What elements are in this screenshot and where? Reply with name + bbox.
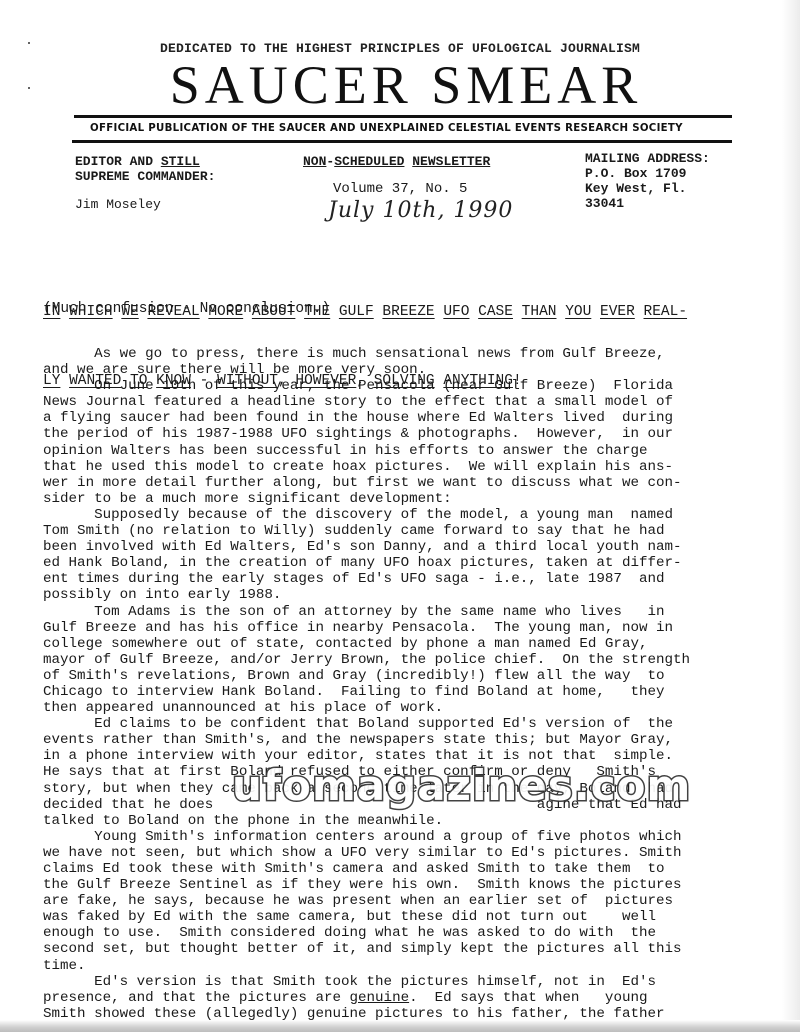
article-line: Ed claims to be confident that Boland su… [43,716,783,732]
article-line: opinion Walters has been successful in h… [43,443,783,459]
article-line: events rather than Smith's, and the news… [43,732,783,748]
article-line: time. [43,958,783,974]
page-bottom-edge [0,1020,800,1032]
editor-label-a: EDITOR AND [75,154,161,169]
article-line: As we go to press, there is much sensati… [43,346,783,362]
article-line: of Smith's revelations, Brown and Gray (… [43,668,783,684]
article-line: that he used this model to create hoax p… [43,459,783,475]
editor-label-still: STILL [161,154,200,169]
article-line: ed Hank Boland, in the creation of many … [43,555,783,571]
article-line: Young Smith's information centers around… [43,829,783,845]
article-line: are fake, he says, because he was presen… [43,893,783,909]
article-line: claims Ed took these with Smith's camera… [43,861,783,877]
article-line: we have not seen, but which show a UFO v… [43,845,783,861]
article-line: and we are sure there will be more very … [43,362,783,378]
handwritten-date: July 10th, 1990 [328,198,513,223]
article-line: enough to use. Smith considered doing wh… [43,925,783,941]
article-subhead: (Much confusion - No conclusion.) [43,301,330,317]
article-line: Supposedly because of the discovery of t… [43,507,783,523]
headline-word: BREEZE [382,304,434,320]
article-line: was faked by Ed with the same camera, bu… [43,909,783,925]
article-line: Tom Smith (no relation to Willy) suddenl… [43,523,783,539]
dedication-line: DEDICATED TO THE HIGHEST PRINCIPLES OF U… [0,41,800,56]
headline-word: THAN [522,304,557,320]
headline-word: EVER [600,304,635,320]
article-line: second set, but thought better of it, an… [43,941,783,957]
article-body: As we go to press, there is much sensati… [43,346,783,1032]
article-line: been involved with Ed Walters, Ed's son … [43,539,783,555]
article-line: possibly on into early 1988. [43,587,783,603]
article-line: a flying saucer had been found in the ho… [43,410,783,426]
article-line: the Gulf Breeze Sentinel as if they were… [43,877,783,893]
watermark: ufomagazines.com [232,764,691,808]
editor-block: EDITOR AND STILL SUPREME COMMANDER: [75,154,215,184]
article-line: Chicago to interview Hank Boland. Failin… [43,684,783,700]
headline-word: UFO [443,304,469,320]
newsletter-label: NON-SCHEDULED NEWSLETTER [303,154,490,169]
editor-name: Jim Moseley [75,197,161,212]
article-line: Tom Adams is the son of an attorney by t… [43,604,783,620]
headline-word: REAL- [644,304,688,320]
article-line: sider to be a much more significant deve… [43,491,783,507]
headline-word: CASE [478,304,513,320]
headline-word: YOU [565,304,591,320]
masthead-rule-bottom [72,140,732,143]
mailing-address: MAILING ADDRESS: P.O. Box 1709 Key West,… [585,151,710,211]
headline-word: GULF [339,304,374,320]
article-line: talked to Boland on the phone in the mea… [43,813,783,829]
editor-label-title: SUPREME COMMANDER: [75,169,215,184]
article-line: On June 10th of this year, the Pensacola… [43,378,783,394]
article-line: presence, and that the pictures are genu… [43,990,783,1006]
official-publication-line: OFFICIAL PUBLICATION OF THE SAUCER AND U… [90,123,730,134]
article-line: ent times during the early stages of Ed'… [43,571,783,587]
article-line: wer in more detail further along, but fi… [43,475,783,491]
article-line: the period of his 1987-1988 UFO sighting… [43,426,783,442]
article-line: then appeared unannounced at his place o… [43,700,783,716]
article-line: News Journal featured a headline story t… [43,394,783,410]
page-edge-shadow [782,0,800,1032]
volume-number: Volume 37, No. 5 [333,182,467,197]
article-line: Gulf Breeze and has his office in nearby… [43,620,783,636]
masthead-title: SAUCER SMEAR [0,55,800,115]
article-line: college somewhere out of state, contacte… [43,636,783,652]
article-line: Ed's version is that Smith took the pict… [43,974,783,990]
masthead-rule-top [74,115,732,118]
article-line: mayor of Gulf Breeze, and/or Jerry Brown… [43,652,783,668]
